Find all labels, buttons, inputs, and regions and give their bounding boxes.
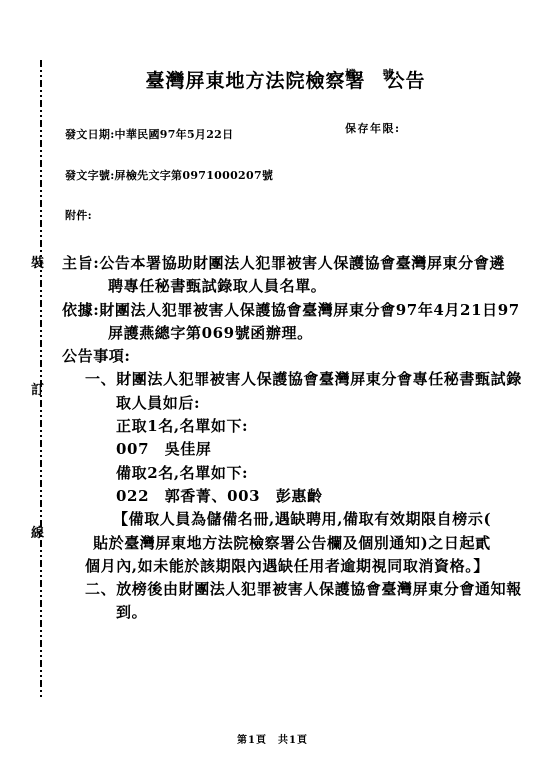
announcement-body: 主旨:公告本署協助財團法人犯罪被害人保護協會臺灣屏東分會遴 聘專任秘書甄試錄取人… xyxy=(62,252,507,625)
page-footer: 第1頁 共1頁 xyxy=(0,731,545,746)
body-line: 備取2名,名單如下: xyxy=(62,462,507,485)
body-line: 個月內,如未能於該期限內遇缺任用者逾期視同取消資格。】 xyxy=(62,555,507,578)
issue-date-line: 發文日期:中華民國97年5月22日 xyxy=(65,128,273,142)
body-line: 依據:財團法人犯罪被害人保護協會臺灣屏東分會97年4月21日97 xyxy=(62,299,507,322)
body-line: 正取1名,名單如下: xyxy=(62,415,507,438)
attachment-line: 附件: xyxy=(65,209,273,223)
stamp-block: 檔 號: 保存年限: xyxy=(345,30,401,174)
body-line: 主旨:公告本署協助財團法人犯罪被害人保護協會臺灣屏東分會遴 xyxy=(62,252,507,275)
body-line: 聘專任秘書甄試錄取人員名單。 xyxy=(62,275,507,298)
body-line: 取人員如后: xyxy=(62,392,507,415)
body-line: 貼於臺灣屏東地方法院檢察署公告欄及個別通知)之日起貳 xyxy=(62,532,507,555)
body-line: 【備取人員為儲備名冊,遇缺聘用,備取有效期限自榜示( xyxy=(62,508,507,531)
meta-block: 發文日期:中華民國97年5月22日 發文字號:屏檢先文字第0971000207號… xyxy=(65,101,273,250)
document-title: 臺灣屏東地方法院檢察署 公告 xyxy=(0,66,545,93)
document-page: 檔 號: 保存年限: 臺灣屏東地方法院檢察署 公告 發文日期:中華民國97年5月… xyxy=(0,0,545,772)
body-line: 二、放榜後由財團法人犯罪被害人保護協會臺灣屏東分會通知報 xyxy=(62,578,507,601)
body-line: 到。 xyxy=(62,601,507,624)
body-line: 屏護燕總字第069號函辦理。 xyxy=(62,322,507,345)
doc-number-line: 發文字號:屏檢先文字第0971000207號 xyxy=(65,169,273,183)
binding-mark-zhuang: 裝 xyxy=(29,257,46,271)
body-line: 007 吳佳屏 xyxy=(62,438,507,461)
retention-period-label: 保存年限: xyxy=(345,120,401,138)
binding-mark-ding: 訂 xyxy=(29,384,46,398)
binding-margin-line xyxy=(40,60,42,700)
body-line: 公告事項: xyxy=(62,345,507,368)
body-line: 022 郭香菁、003 彭惠齡 xyxy=(62,485,507,508)
binding-mark-xian: 線 xyxy=(29,527,46,541)
body-line: 一、財團法人犯罪被害人保護協會臺灣屏東分會專任秘書甄試錄 xyxy=(62,368,507,391)
